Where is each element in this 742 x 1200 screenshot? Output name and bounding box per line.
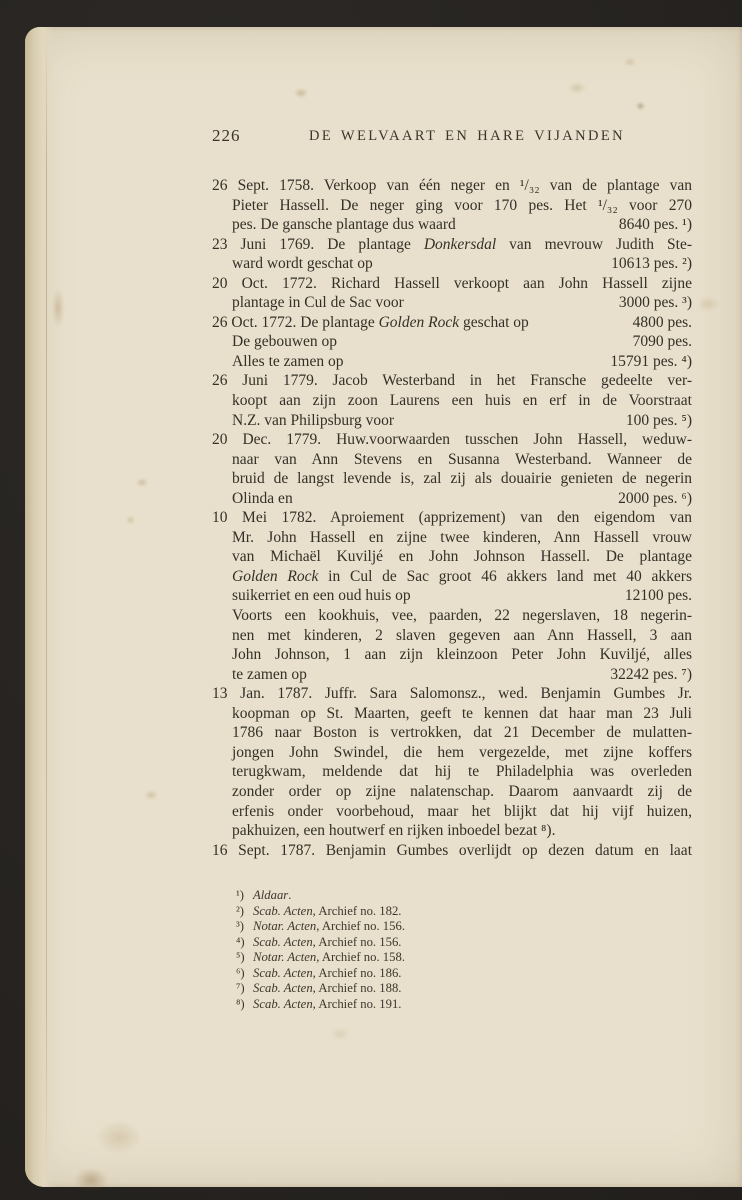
entry-line: pes. De gansche plantage dus waard8640 p… [212,215,692,235]
footnote: ²)Scab. Acten, Archief no. 182. [236,904,692,920]
entry-line-text: suikerriet en een oud huis op [232,586,411,606]
italic-text: Scab. Acten [253,904,313,918]
text: zonder order op zijne nalatenschap. Daar… [232,783,692,800]
text: 13 Jan. 1787. Juffr. Sara Salomonsz., we… [212,685,692,702]
text: van mevrouw Judith Ste- [496,236,692,253]
text: erfenis onder voorbehoud, maar het blijk… [232,803,692,820]
text: van Michaël Kuviljé en John Johnson Hass… [232,548,692,565]
entry-line: erfenis onder voorbehoud, maar het blijk… [212,802,692,822]
entry-line: Voorts een kookhuis, vee, paarden, 22 ne… [212,606,692,626]
text: suikerriet en een oud huis op [232,587,411,604]
entry-line-text: 20 Dec. 1779. Huw.voorwaarden tusschen J… [212,431,692,448]
scanned-book-photo: 226 DE WELVAART EN HARE VIJANDEN 26 Sept… [0,0,742,1200]
entry-line-text: 13 Jan. 1787. Juffr. Sara Salomonsz., we… [212,685,692,702]
entry-line-text: koopt aan zijn zoon Laurens een huis en … [232,392,692,409]
entry-line-text: 26 Sept. 1758. Verkoop van één neger en … [212,177,692,194]
footnote: ¹)Aldaar. [236,888,692,904]
amount-value: 100 pes. ⁵) [626,411,692,431]
entry-line: Pieter Hassell. De neger ging voor 170 p… [212,196,692,216]
ledger-entry: 20 Dec. 1779. Huw.voorwaarden tusschen J… [212,430,692,508]
entry-line-text: pes. De gansche plantage dus waard [232,215,456,235]
entry-line-text: Olinda en [232,489,293,509]
entry-line-text: Voorts een kookhuis, vee, paarden, 22 ne… [232,607,692,624]
amount-value: 2000 pes. ⁶) [618,489,692,509]
entry-line: 20 Oct. 1772. Richard Hassell verkoopt a… [212,274,692,294]
text: Mr. John Hassell en zijne twee kinderen,… [232,529,692,546]
ledger-entry: 26 Juni 1779. Jacob Westerband in het Fr… [212,371,692,430]
entry-line-text: nen met kinderen, 2 slaven gegeven aan A… [232,627,692,644]
footnote-ref: ⁷) [236,981,253,997]
entry-line-text: 20 Oct. 1772. Richard Hassell verkoopt a… [212,275,692,292]
footnote: ⁸)Scab. Acten, Archief no. 191. [236,997,692,1013]
text: 26 Oct. 1772. De plantage [212,314,379,331]
italic-text: Scab. Acten [253,935,313,949]
ledger-entry: 20 Oct. 1772. Richard Hassell verkoopt a… [212,274,692,313]
italic-text: Scab. Acten [253,997,313,1011]
entry-list: 26 Sept. 1758. Verkoop van één neger en … [212,176,692,860]
entry-line-text: terugkwam, meldende dat hij te Philadelp… [232,763,692,780]
amount-value: 10613 pes. ²) [611,254,692,274]
entry-line: 26 Sept. 1758. Verkoop van één neger en … [212,176,692,196]
entry-line-text: plantage in Cul de Sac voor [232,293,404,313]
text: koopt aan zijn zoon Laurens een huis en … [232,392,692,409]
entry-line: bruid de langst levende is, zal zij als … [212,469,692,489]
entry-line: ward wordt geschat op10613 pes. ²) [212,254,692,274]
entry-line-text: pakhuizen, een houtwerf en rijken inboed… [232,822,555,839]
text: , Archief no. 188. [313,981,402,995]
entry-line-text: ward wordt geschat op [232,254,373,274]
entry-line-text: 26 Oct. 1772. De plantage Golden Rock ge… [212,313,529,333]
entry-line: De gebouwen op7090 pes. [212,332,692,352]
italic-text: Donkersdal [424,236,496,253]
footnote-ref: ²) [236,904,253,920]
entry-line: terugkwam, meldende dat hij te Philadelp… [212,762,692,782]
text: 20 Oct. 1772. Richard Hassell verkoopt a… [212,275,692,292]
ledger-entry: 13 Jan. 1787. Juffr. Sara Salomonsz., we… [212,684,692,840]
ledger-entry: 10 Mei 1782. Aproiement (apprizement) va… [212,508,692,684]
footnote-ref: ¹) [236,888,253,904]
text: plantage in Cul de Sac voor [232,294,404,311]
italic-text: Golden Rock [232,568,318,585]
entry-line: naar van Ann Stevens en Susanna Westerba… [212,450,692,470]
entry-line: koopman op St. Maarten, geeft te kennen … [212,704,692,724]
entry-line-text: 26 Juni 1779. Jacob Westerband in het Fr… [212,372,692,389]
text: koopman op St. Maarten, geeft te kennen … [232,705,692,722]
italic-text: Aldaar [253,888,288,902]
text: , Archief no. 156. [316,919,405,933]
entry-line: 23 Juni 1769. De plantage Donkersdal van… [212,235,692,255]
text: terugkwam, meldende dat hij te Philadelp… [232,763,692,780]
amount-value: 3000 pes. ³) [619,293,692,313]
footnote-ref: ⁶) [236,966,253,982]
text: , Archief no. 186. [313,966,402,980]
text: De gebouwen op [232,333,337,350]
page-edge-shading [25,27,55,1187]
entry-line-text: Alles te zamen op [232,352,343,372]
page-edge-crease [46,37,47,1177]
entry-line: suikerriet en een oud huis op12100 pes. [212,586,692,606]
entry-line-text: van Michaël Kuviljé en John Johnson Hass… [232,548,692,565]
text: 23 Juni 1769. De plantage [212,236,424,253]
footnote: ⁴)Scab. Acten, Archief no. 156. [236,935,692,951]
amount-value: 32242 pes. ⁷) [610,665,692,685]
italic-text: Scab. Acten [253,981,313,995]
entry-line-text: 1786 naar Boston is vertrokken, dat 21 D… [232,724,692,741]
entry-line-text: koopman op St. Maarten, geeft te kennen … [232,705,692,722]
text: 20 Dec. 1779. Huw.voorwaarden tusschen J… [212,431,692,448]
entry-line-text: 23 Juni 1769. De plantage Donkersdal van… [212,236,692,253]
text: John Johnson, 1 aan zijn kleinzoon Peter… [232,646,692,663]
italic-text: Golden Rock [379,314,459,331]
text: pes. De gansche plantage dus waard [232,216,456,233]
footnote-ref: ⁴) [236,935,253,951]
footnote-ref: ⁵) [236,950,253,966]
entry-line: 16 Sept. 1787. Benjamin Gumbes overlijdt… [212,841,692,861]
text: 26 Juni 1779. Jacob Westerband in het Fr… [212,372,692,389]
entry-line-text: Mr. John Hassell en zijne twee kinderen,… [232,529,692,546]
entry-line: N.Z. van Philipsburg voor100 pes. ⁵) [212,411,692,431]
entry-line: 26 Oct. 1772. De plantage Golden Rock ge… [212,313,692,333]
entry-line-text: Golden Rock in Cul de Sac groot 46 akker… [232,568,692,585]
text: , Archief no. 182. [313,904,402,918]
entry-line-text: te zamen op [232,665,307,685]
text: geschat op [459,314,529,331]
text: , Archief no. 156. [313,935,402,949]
entry-line-text: bruid de langst levende is, zal zij als … [232,470,692,487]
italic-text: Notar. Acten [253,919,316,933]
ledger-entry: 16 Sept. 1787. Benjamin Gumbes overlijdt… [212,841,692,861]
text: naar van Ann Stevens en Susanna Westerba… [232,451,692,468]
page-number: 226 [212,126,241,146]
entry-line-text: erfenis onder voorbehoud, maar het blijk… [232,803,692,820]
entry-line: 20 Dec. 1779. Huw.voorwaarden tusschen J… [212,430,692,450]
entry-line: van Michaël Kuviljé en John Johnson Hass… [212,547,692,567]
entry-line: 1786 naar Boston is vertrokken, dat 21 D… [212,723,692,743]
footnote-ref: ³) [236,919,253,935]
text: . [288,888,291,902]
entry-line: John Johnson, 1 aan zijn kleinzoon Peter… [212,645,692,665]
entry-line: jongen John Swindel, die hem vergezelde,… [212,743,692,763]
amount-value: 8640 pes. ¹) [619,215,692,235]
text: 10 Mei 1782. Aproiement (apprizement) va… [212,509,692,526]
entry-line: Olinda en2000 pes. ⁶) [212,489,692,509]
text: Alles te zamen op [232,353,343,370]
text: pakhuizen, een houtwerf en rijken inboed… [232,822,555,839]
text: 26 Sept. 1758. Verkoop van één neger en … [212,177,692,194]
text: N.Z. van Philipsburg voor [232,412,394,429]
amount-value: 4800 pes. [633,313,692,333]
entry-line: plantage in Cul de Sac voor3000 pes. ³) [212,293,692,313]
entry-line-text: 16 Sept. 1787. Benjamin Gumbes overlijdt… [212,842,692,859]
entry-line: pakhuizen, een houtwerf en rijken inboed… [212,821,692,841]
text: Voorts een kookhuis, vee, paarden, 22 ne… [232,607,692,624]
entry-line-text: N.Z. van Philipsburg voor [232,411,394,431]
text: ward wordt geschat op [232,255,373,272]
text: Olinda en [232,490,293,507]
entry-line-text: zonder order op zijne nalatenschap. Daar… [232,783,692,800]
text: , Archief no. 191. [313,997,402,1011]
footnote: ⁵)Notar. Acten, Archief no. 158. [236,950,692,966]
text: jongen John Swindel, die hem vergezelde,… [232,744,692,761]
entry-line: Golden Rock in Cul de Sac groot 46 akker… [212,567,692,587]
entry-line-text: De gebouwen op [232,332,337,352]
text: nen met kinderen, 2 slaven gegeven aan A… [232,627,692,644]
entry-line: Alles te zamen op15791 pes. ⁴) [212,352,692,372]
footnote-ref: ⁸) [236,997,253,1013]
amount-value: 7090 pes. [633,332,692,352]
amount-value: 12100 pes. [625,586,692,606]
ledger-entry: 26 Oct. 1772. De plantage Golden Rock ge… [212,313,692,372]
text: 1786 naar Boston is vertrokken, dat 21 D… [232,724,692,741]
text: te zamen op [232,666,307,683]
entry-line: zonder order op zijne nalatenschap. Daar… [212,782,692,802]
entry-line: 26 Juni 1779. Jacob Westerband in het Fr… [212,371,692,391]
entry-line-text: 10 Mei 1782. Aproiement (apprizement) va… [212,509,692,526]
entry-line: 10 Mei 1782. Aproiement (apprizement) va… [212,508,692,528]
entry-line: Mr. John Hassell en zijne twee kinderen,… [212,528,692,548]
text: , Archief no. 158. [316,950,405,964]
page-header: 226 DE WELVAART EN HARE VIJANDEN [212,126,692,148]
entry-line: te zamen op32242 pes. ⁷) [212,665,692,685]
entry-line-text: Pieter Hassell. De neger ging voor 170 p… [232,197,692,214]
ledger-entry: 26 Sept. 1758. Verkoop van één neger en … [212,176,692,235]
footnote: ⁷)Scab. Acten, Archief no. 188. [236,981,692,997]
italic-text: Notar. Acten [253,950,316,964]
footnotes: ¹)Aldaar.²)Scab. Acten, Archief no. 182.… [236,888,692,1012]
running-header: DE WELVAART EN HARE VIJANDEN [242,128,692,145]
ledger-entry: 23 Juni 1769. De plantage Donkersdal van… [212,235,692,274]
footnote: ⁶)Scab. Acten, Archief no. 186. [236,966,692,982]
text: bruid de langst levende is, zal zij als … [232,470,692,487]
text: Pieter Hassell. De neger ging voor 170 p… [232,197,692,214]
text: in Cul de Sac groot 46 akkers land met 4… [318,568,692,585]
italic-text: Scab. Acten [253,966,313,980]
entry-line-text: naar van Ann Stevens en Susanna Westerba… [232,451,692,468]
entry-line: nen met kinderen, 2 slaven gegeven aan A… [212,626,692,646]
footnote: ³)Notar. Acten, Archief no. 156. [236,919,692,935]
entry-line: koopt aan zijn zoon Laurens een huis en … [212,391,692,411]
text: 16 Sept. 1787. Benjamin Gumbes overlijdt… [212,842,692,859]
entry-line-text: John Johnson, 1 aan zijn kleinzoon Peter… [232,646,692,663]
entry-line-text: jongen John Swindel, die hem vergezelde,… [232,744,692,761]
entry-line: 13 Jan. 1787. Juffr. Sara Salomonsz., we… [212,684,692,704]
amount-value: 15791 pes. ⁴) [610,352,692,372]
